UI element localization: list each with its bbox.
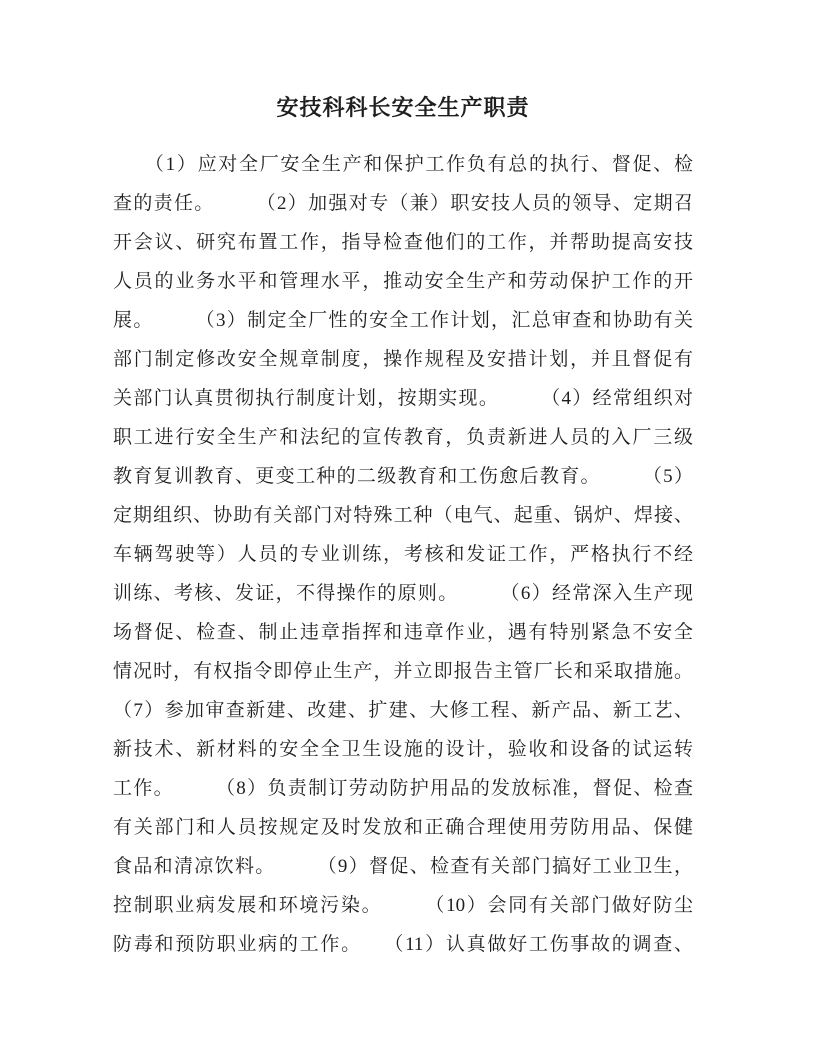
text-line: 人员的业务水平和管理水平，推动安全生产和劳动保护工作的开 <box>113 262 693 301</box>
text-line: 职工进行安全生产和法纪的宣传教育，负责新进人员的入厂三级 <box>113 418 693 457</box>
text-line: 防毒和预防职业病的工作。 （11）认真做好工伤事故的调查、 <box>113 925 693 964</box>
text-line: 有关部门和人员按规定及时发放和正确合理使用劳防用品、保健 <box>113 808 693 847</box>
text-line: 开会议、研究布置工作，指导检查他们的工作，并帮助提高安技 <box>113 223 693 262</box>
text-line: 食品和清凉饮料。 （9）督促、检查有关部门搞好工业卫生， <box>113 847 693 886</box>
text-line: 工作。 （8）负责制订劳动防护用品的发放标准，督促、检查 <box>113 769 693 808</box>
text-line: 新技术、新材料的安全全卫生设施的设计，验收和设备的试运转 <box>113 730 693 769</box>
document-content: 安技科科长安全生产职责 （1）应对全厂安全生产和保护工作负有总的执行、督促、检查… <box>0 0 816 964</box>
text-line: 展。 （3）制定全厂性的安全工作计划，汇总审查和协助有关 <box>113 301 693 340</box>
text-line: 部门制定修改安全规章制度，操作规程及安措计划，并且督促有 <box>113 340 693 379</box>
text-line: 查的责任。 （2）加强对专（兼）职安技人员的领导、定期召 <box>113 184 693 223</box>
document-title: 安技科科长安全生产职责 <box>113 88 693 127</box>
document-body: （1）应对全厂安全生产和保护工作负有总的执行、督促、检查的责任。 （2）加强对专… <box>113 145 693 964</box>
text-line: 控制职业病发展和环境污染。 （10）会同有关部门做好防尘 <box>113 886 693 925</box>
text-line: 关部门认真贯彻执行制度计划，按期实现。 （4）经常组织对 <box>113 379 693 418</box>
document-page: 安技科科长安全生产职责 （1）应对全厂安全生产和保护工作负有总的执行、督促、检查… <box>0 0 816 1056</box>
text-line: 训练、考核、发证，不得操作的原则。 （6）经常深入生产现 <box>113 574 693 613</box>
text-line: 定期组织、协助有关部门对特殊工种（电气、起重、锅炉、焊接、 <box>113 496 693 535</box>
text-line: 场督促、检查、制止违章指挥和违章作业，遇有特别紧急不安全 <box>113 613 693 652</box>
text-line: （7）参加审查新建、改建、扩建、大修工程、新产品、新工艺、 <box>113 691 693 730</box>
text-line: （1）应对全厂安全生产和保护工作负有总的执行、督促、检 <box>113 145 693 184</box>
text-line: 情况时，有权指令即停止生产，并立即报告主管厂长和采取措施。 <box>113 652 693 691</box>
text-line: 车辆驾驶等）人员的专业训练，考核和发证工作，严格执行不经 <box>113 535 693 574</box>
text-line: 教育复训教育、更变工种的二级教育和工伤愈后教育。 （5） <box>113 457 693 496</box>
